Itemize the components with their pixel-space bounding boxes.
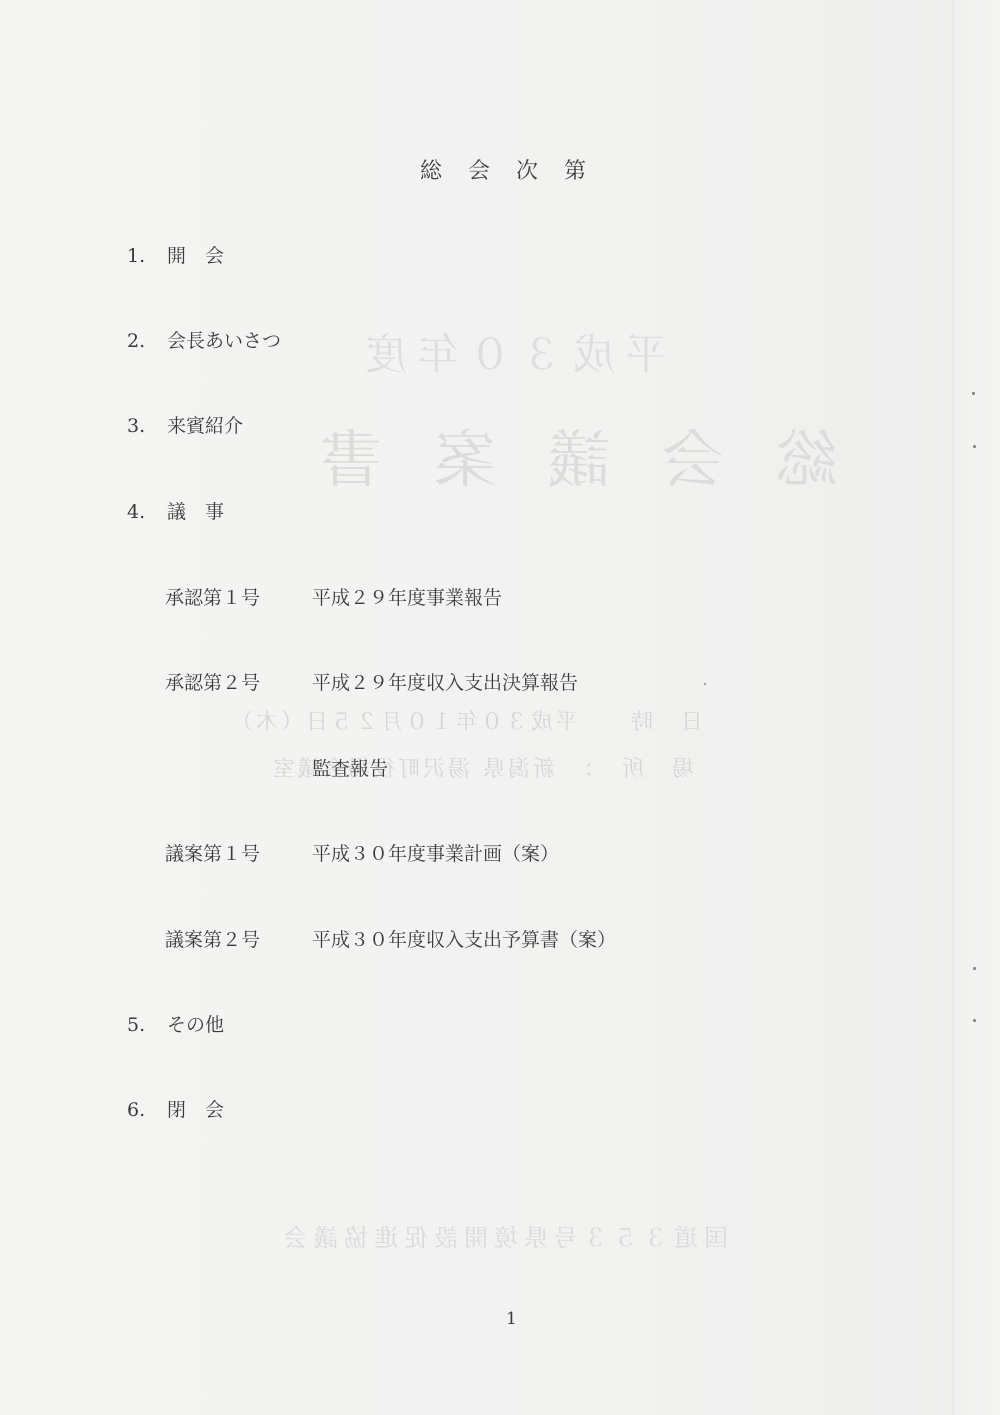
agenda-number: 4. xyxy=(127,501,167,523)
agenda-label: 会長あいさつ xyxy=(167,330,281,352)
document-page: 平成３０年度 総会議案書 日 時 平成３０年１０月２５日（木） 場 所 ： 新潟… xyxy=(0,0,1000,1415)
proceeding-item: 議案第１号平成３０年度事業計画（案） xyxy=(165,839,559,866)
agenda-label: 来賓紹介 xyxy=(167,415,243,437)
agenda-number: 2. xyxy=(127,330,167,352)
proceeding-title: 平成３０年度事業計画（案） xyxy=(312,843,559,865)
proceeding-code: 承認第１号 xyxy=(165,583,312,610)
agenda-number: 3. xyxy=(127,415,167,437)
agenda-label: その他 xyxy=(167,1014,224,1036)
scan-speck xyxy=(704,683,706,685)
agenda-label: 議 事 xyxy=(167,501,224,523)
agenda-item-other: 5.その他 xyxy=(127,1010,224,1037)
agenda-number: 1. xyxy=(127,245,167,267)
agenda-item-opening: 1.開 会 xyxy=(127,241,224,268)
agenda-item-closing: 6.閉 会 xyxy=(127,1095,224,1122)
proceeding-title: 平成２９年度事業報告 xyxy=(312,587,502,609)
proceeding-title: 平成３０年度収入支出予算書（案） xyxy=(312,929,616,951)
proceeding-item: 監査報告 xyxy=(165,754,388,781)
scan-edge-shadow xyxy=(952,0,954,1415)
agenda-number: 6. xyxy=(127,1099,167,1121)
scan-speck xyxy=(973,1019,976,1022)
bleed-through-date: 日 時 平成３０年１０月２５日（木） xyxy=(228,705,703,736)
scan-speck xyxy=(972,392,975,395)
proceeding-item: 承認第１号平成２９年度事業報告 xyxy=(165,583,502,610)
page-title: 総会次第 xyxy=(420,154,612,185)
agenda-item-guests: 3.来賓紹介 xyxy=(127,411,243,438)
bleed-through-organization: 国道３５３号県境開設促進協議会 xyxy=(278,1218,728,1253)
proceeding-code: 承認第２号 xyxy=(165,668,312,695)
scan-speck xyxy=(973,445,976,448)
agenda-item-proceedings: 4.議 事 xyxy=(127,497,224,524)
agenda-item-greeting: 2.会長あいさつ xyxy=(127,326,281,353)
agenda-label: 開 会 xyxy=(167,245,224,267)
page-number: 1 xyxy=(506,1309,517,1329)
bleed-through-year: 平成３０年度 xyxy=(355,322,667,382)
scan-speck xyxy=(973,967,976,970)
proceeding-title: 平成２９年度収入支出決算報告 xyxy=(312,672,578,694)
proceeding-code: 議案第１号 xyxy=(165,839,312,866)
proceeding-code: 議案第２号 xyxy=(165,925,312,952)
proceeding-item: 承認第２号平成２９年度収入支出決算報告 xyxy=(165,668,578,695)
bleed-through-title: 総会議案書 xyxy=(268,410,838,499)
proceeding-title: 監査報告 xyxy=(312,758,388,780)
agenda-number: 5. xyxy=(127,1014,167,1036)
agenda-label: 閉 会 xyxy=(167,1099,224,1121)
proceeding-item: 議案第２号平成３０年度収入支出予算書（案） xyxy=(165,925,616,952)
